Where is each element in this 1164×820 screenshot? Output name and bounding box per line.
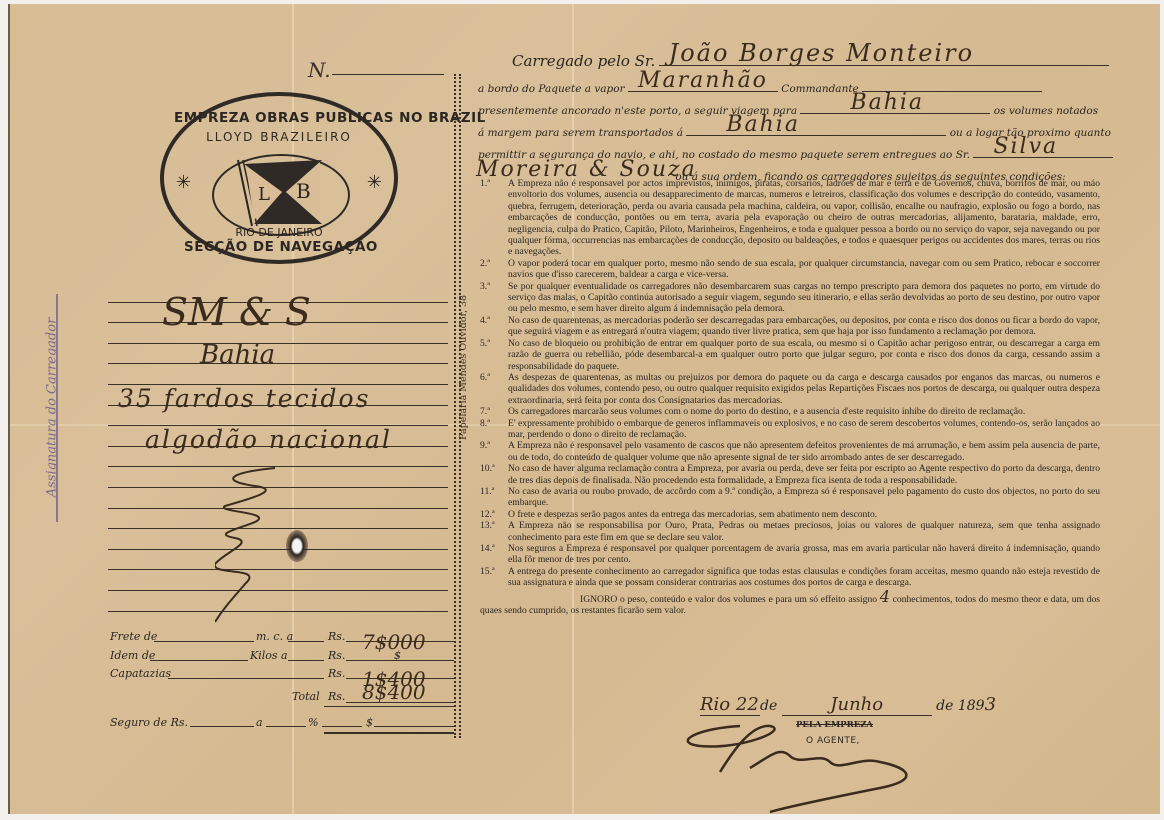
star-icon: ✳ [176,172,191,193]
cargo-description-line1: 35 fardos tecidos [118,384,370,413]
clause-1: 1.ªA Empreza não é responsavel por actos… [480,178,1100,258]
stamp-company: LLOYD BRAZILEIRO [194,130,364,144]
shipper-line: Carregado pelo Sr. João Borges Monteiro [478,52,1098,78]
date-month: Junho [830,694,883,715]
printer-imprint: Papelaria Mendes Ouvidor, 38 [458,295,469,440]
date-line: Rio 22de Junho de 1893 [700,694,1030,716]
clause-10: 10.ªNo caso de haver alguma reclamação c… [480,463,1100,486]
place-day: Rio 22 [700,694,759,715]
ship-name: Maranhão [638,68,768,93]
fee-row-seguro: Seguro de Rs. a % $ [110,710,455,732]
agent-signature [680,716,940,816]
number-field [332,74,444,75]
signature-line [56,294,58,522]
stamp-top-text: EMPREZA OBRAS PUBLICAS NO BRAZIL [174,110,384,126]
number-label: N. [308,58,331,82]
shipment-details: Carregado pelo Sr. João Borges Monteiro … [478,52,1098,188]
clause-6: 6.ªAs despezas de quarentenas, as multas… [480,372,1100,406]
clause-7: 7.ªOs carregadores marcarão seus volumes… [480,406,1100,417]
flag-letter-l: L [258,184,270,205]
clause-12: 12.ªO frete e despezas serão pagos antes… [480,509,1100,520]
flag-icon: L B [224,158,334,228]
total-value: 8$400 [362,680,426,704]
fee-row-total: Total Rs. 8$400 [110,684,455,706]
freight-charges: Frete de m. c. a Rs. 7$000 Idem de Kilos… [110,628,455,736]
clause-14: 14.ªNos seguros a Empreza é responsavel … [480,543,1100,566]
clause-8: 8.ªE' expressamente prohibido o embarque… [480,418,1100,441]
lloyd-brazileiro-stamp: EMPREZA OBRAS PUBLICAS NO BRAZIL LLOYD B… [160,92,398,264]
clause-2: 2.ªO vapor poderá tocar em qualquer port… [480,258,1100,281]
conditions-list: 1.ªA Empreza não é responsavel por actos… [480,178,1100,616]
clause-13: 13.ªA Empreza não se responsabilisa por … [480,520,1100,543]
voyage-destination: Bahia [850,90,924,115]
consignee-part1: Silva [993,134,1058,159]
clause-11: 11.ªNo caso de avaria ou roubo provado, … [480,486,1100,509]
stamp-city: RIO DE JANEIRO [214,226,344,239]
transport-destination: Bahia [726,112,800,137]
shipper-signature-field: Assignatura do Carregador [22,290,62,530]
copies-count: 4 [880,587,890,606]
cargo-description-line2: algodão nacional [145,425,392,454]
flag-letter-b: B [296,179,311,203]
fee-row-idem: Idem de Kilos a Rs. $ [110,647,455,666]
burn-hole [286,530,308,562]
star-icon: ✳ [367,172,382,193]
stamp-bottom-text: SECÇÃO DE NAVEGAÇÃO [184,239,374,255]
date-year-digit: 3 [985,694,996,715]
clause-15: 15.ªA entrega do presente conhecimento a… [480,566,1100,589]
shipper-name: João Borges Monteiro [669,39,974,67]
fee-row-frete: Frete de m. c. a Rs. 7$000 [110,628,455,647]
ignoro-statement: IGNORO o peso, conteúdo e valor dos volu… [480,591,1100,617]
cargo-mark: SM & S [162,290,311,334]
clause-4: 4.ªNo caso de quarentenas, as mercadoria… [480,315,1100,338]
clause-5: 5.ªNo caso de bloqueio ou prohibição de … [480,338,1100,372]
cargo-destination: Bahia [200,340,275,370]
clause-3: 3.ªSe por qualquer eventualidade os carr… [480,281,1100,315]
idem-value: $ [394,649,401,662]
clause-9: 9.ªA Empreza não é responsavel pelo vasa… [480,440,1100,463]
ship-line: a bordo do Paquete a vapor Maranhão Comm… [478,78,1098,100]
